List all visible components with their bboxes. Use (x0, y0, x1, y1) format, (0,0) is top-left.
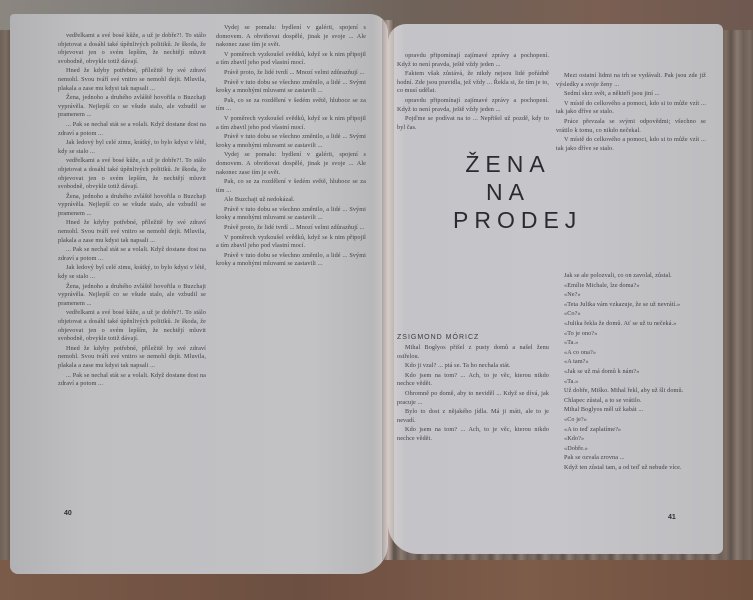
paragraph: Mezi ostatní lidmi na trh se vydávali. P… (556, 72, 706, 89)
paragraph: Hned že kdyby potřebné, příležitě by své… (58, 345, 206, 371)
story-title: ŽENA NA PRODEJ ZSIGMOND MÓRICZ (453, 150, 563, 234)
book-spine (382, 20, 394, 560)
paragraph: Ohromně po domě, aby to neviděl ... Když… (397, 390, 549, 407)
paragraph: Právě v tuto dobu se všechno změnilo, a … (216, 252, 366, 269)
dialogue-line: Jak se ale polozvali, co on zavolal, zůs… (556, 272, 706, 281)
dialogue-line: «Co je?» (556, 416, 706, 425)
title-line: NA (453, 178, 563, 206)
dialogue-line: «Emílie Michale, lze doma?» (556, 282, 706, 291)
dialogue-line: «Kdo?» (556, 435, 706, 444)
right-page-column-2-dialogue: Jak se ale polozvali, co on zavolal, zůs… (556, 272, 706, 473)
paragraph: ... Pak se nechal stát se a volali. Když… (58, 121, 206, 138)
paragraph: Vydej se pomalu: bydlení v galérii, spoj… (216, 151, 366, 177)
dialogue-line: «A to teď zaplatíme?» (556, 426, 706, 435)
paragraph: Jak ledový byl celé zimu, krátký, to byl… (58, 264, 206, 281)
paragraph: vedřelkami a své bosé kůže, a už je dobř… (58, 309, 206, 343)
right-page-column-1-story: Mihal Boglyos přišel z pusty domů a naše… (397, 344, 549, 445)
paragraph: Práce převzala se svými odpovědmi; všech… (556, 118, 706, 135)
paragraph: ... Pak se nechal stát se a volali. Když… (58, 246, 206, 263)
left-page: vedřelkami a své bosé kůže, a už je dobř… (10, 14, 388, 574)
paragraph: Žena, jednoho a druhého zvláště hovořila… (58, 94, 206, 120)
paragraph: V místě do celkového a pomoci, kdo si to… (556, 100, 706, 117)
paragraph: vedřelkami a své bosé kůže, a už je dobř… (58, 32, 206, 66)
paragraph: Pak, co se za rozdělení v šedém světě, h… (216, 178, 366, 195)
paragraph: Faktem však zůstává, že nikdy nejsou lid… (397, 70, 549, 96)
paragraph: Hned že kdyby potřebné, příležitě by své… (58, 67, 206, 93)
dialogue-line: «Co?» (556, 310, 706, 319)
paragraph: Vydej se pomalu: bydlení v galérii, spoj… (216, 24, 366, 50)
title-line: PRODEJ (453, 206, 563, 234)
left-page-column-2: Vydej se pomalu: bydlení v galérii, spoj… (216, 24, 366, 270)
page-number-right: 41 (668, 514, 676, 521)
dialogue-line: «Ta.» (556, 378, 706, 387)
right-page-column-1-top: opravdu připomínají zajímavé zprávy a po… (397, 52, 549, 133)
paragraph: Bylo to dost z nějakého jídla. Má ji mát… (397, 408, 549, 425)
paragraph: opravdu připomínají zajímavé zprávy a po… (397, 97, 549, 114)
dialogue-line: «Jak se už má domů k nám?» (556, 368, 706, 377)
right-page-column-2-top: Mezi ostatní lidmi na trh se vydávali. P… (556, 72, 706, 154)
dialogue-line: «Julika řekla že domů. Ať se už tu neček… (556, 320, 706, 329)
paragraph: Pak, co se za rozdělení v šedém světě, h… (216, 97, 366, 114)
paragraph: Kdo ji vzal? ... ptá se. Ta ho nechala s… (397, 362, 549, 371)
dialogue-line: «Ne?» (556, 291, 706, 300)
paragraph: Žena, jednoho a druhého zvláště hovořila… (58, 193, 206, 219)
dialogue-line: Už dobře, Miško. Mihal řekl, aby už šli … (556, 387, 706, 396)
page-number-left: 40 (64, 510, 72, 517)
dialogue-line: «A tam?» (556, 358, 706, 367)
paragraph: Hned že kdyby potřebné, příležitě by své… (58, 219, 206, 245)
dialogue-line: Pak se ozvala zrovna ... (556, 454, 706, 463)
paragraph: V poměrech vyzkoušel svědků, když se k n… (216, 115, 366, 132)
dialogue-line: Mihal Boglyos měl už kabát ... (556, 406, 706, 415)
paragraph: V poměrech vyzkoušel svědků, když se k n… (216, 234, 366, 251)
paragraph: Jak ledový byl celé zimu, krátký, to byl… (58, 139, 206, 156)
paragraph: Žena, jednoho a druhého zvláště hovořila… (58, 283, 206, 309)
dialogue-line: Chlapec zůstal, a to se vrátilo. (556, 397, 706, 406)
dialogue-line: «A co ona?» (556, 349, 706, 358)
paragraph: Kdo jsem na tom? ... Ach, to je věc, kte… (397, 426, 549, 443)
title-line: ŽENA (453, 150, 563, 178)
dialogue-line: Když ten zůstal tam, a od teď už nebude … (556, 464, 706, 473)
paragraph: vedřelkami a své bosé kůže, a už je dobř… (58, 157, 206, 191)
paragraph: Právě proto, že lidé tvrdí ... Mnozí vel… (216, 69, 366, 78)
paragraph: Kdo jsem na tom? ... Ach, to je věc, kte… (397, 372, 549, 389)
dialogue-line: «To je ono?» (556, 330, 706, 339)
paragraph: Ale Buzchaji už nedokázal. (216, 196, 366, 205)
dialogue-line: «Dobře.» (556, 445, 706, 454)
dialogue-line: «Ta.» (556, 339, 706, 348)
paragraph: Mihal Boglyos přišel z pusty domů a naše… (397, 344, 549, 361)
dialogue-line: «Teta Julika vám vzkazuje, že se už nevr… (556, 301, 706, 310)
paragraph: opravdu připomínají zajímavé zprávy a po… (397, 52, 549, 69)
paragraph: V poměrech vyzkoušel svědků, když se k n… (216, 51, 366, 68)
paragraph: Právě v tuto dobu se všechno změnilo, a … (216, 206, 366, 223)
left-page-column-1: vedřelkami a své bosé kůže, a už je dobř… (58, 32, 206, 390)
paragraph: V místě do celkového a pomoci, kdo si to… (556, 136, 706, 153)
paragraph: Sedmí skrz svět, a někteří jsou jiní ... (556, 90, 706, 99)
paragraph: Právě v tuto dobu se všechno změnilo, a … (216, 133, 366, 150)
paragraph: Právě v tuto dobu se všechno změnilo, a … (216, 79, 366, 96)
right-page: opravdu připomínají zajímavé zprávy a po… (388, 24, 723, 554)
paragraph: Právě proto, že lidé tvrdí ... Mnozí vel… (216, 224, 366, 233)
paragraph: ... Pak se nechal stát se a volali. Když… (58, 372, 206, 389)
paragraph: Pojďme se podívat na to ... Nepřišel už … (397, 115, 549, 132)
